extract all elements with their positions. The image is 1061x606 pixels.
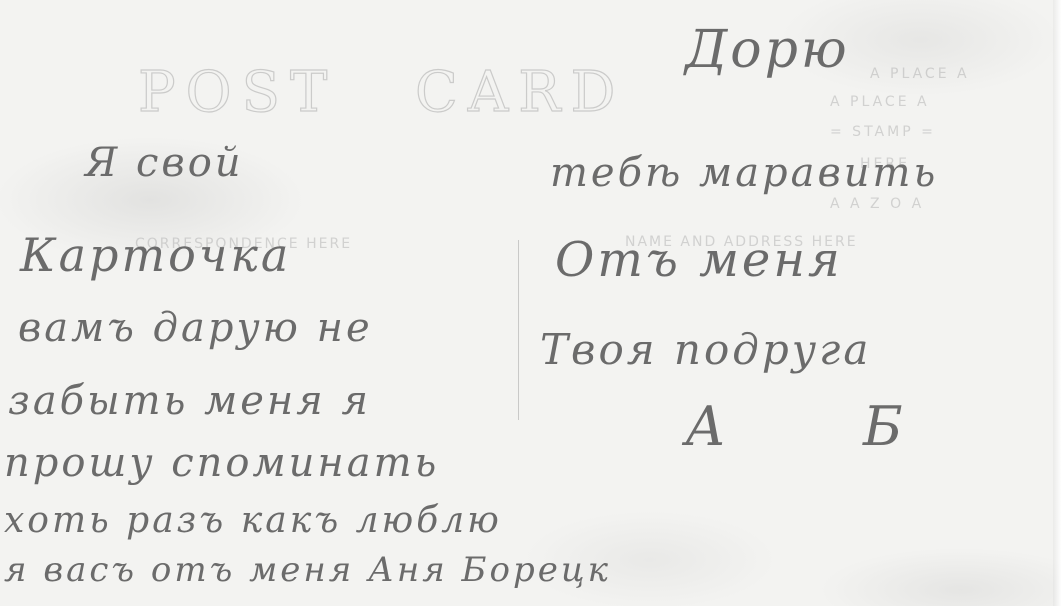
handwriting-left-line-4: забыть меня я bbox=[8, 378, 371, 424]
card-edge bbox=[1053, 0, 1061, 606]
handwriting-left-line-2: Карточка bbox=[20, 228, 291, 282]
stamp-box-line-3: = STAMP = bbox=[830, 124, 936, 140]
handwriting-left-line-6: хоть разъ какъ люблю bbox=[4, 500, 502, 541]
handwriting-right-line-4: Твоя подруга bbox=[540, 325, 871, 374]
handwriting-left-line-7: я васъ отъ меня Аня Борецк bbox=[4, 550, 611, 590]
stamp-box-line-1: A PLACE A bbox=[870, 66, 970, 82]
handwriting-left-line-5: прошу споминать bbox=[4, 440, 439, 486]
stamp-box-line-2: A PLACE A bbox=[830, 94, 930, 110]
handwriting-right-line-1: Дорю bbox=[685, 20, 850, 80]
stamp-box-line-5: A A Z O A bbox=[830, 196, 924, 212]
handwriting-signature-initials: А Б bbox=[685, 395, 963, 458]
center-divider bbox=[518, 240, 519, 420]
handwriting-right-line-3: Отъ меня bbox=[555, 232, 843, 288]
handwriting-right-line-2: тебѣ маравить bbox=[550, 150, 938, 196]
handwriting-left-line-3: вамъ дарую не bbox=[18, 305, 373, 351]
handwriting-left-line-1: Я свой bbox=[85, 140, 244, 186]
postcard-back: POST CARD A PLACE A A PLACE A = STAMP = … bbox=[0, 0, 1061, 606]
printed-title-post: POST bbox=[138, 60, 337, 125]
printed-title-card: CARD bbox=[415, 60, 625, 125]
